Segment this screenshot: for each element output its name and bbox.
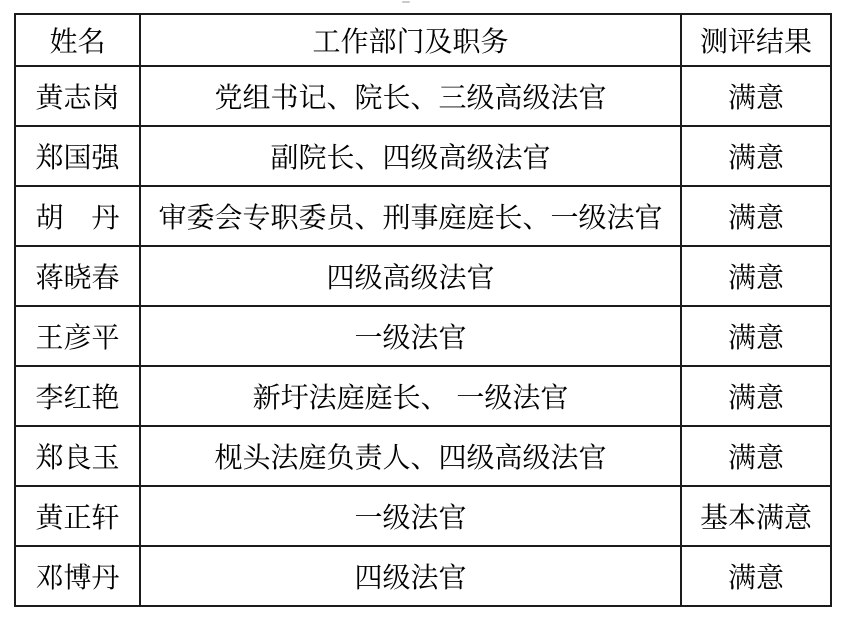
result-cell: 基本满意: [681, 486, 831, 546]
table-row: 李红艳 新圩法庭庭长、 一级法官 满意: [15, 366, 831, 426]
name-cell: 蒋晓春: [15, 246, 140, 306]
table-row: 郑国强 副院长、四级高级法官 满意: [15, 126, 831, 186]
header-name: 姓名: [15, 14, 140, 66]
position-cell: 一级法官: [140, 306, 681, 366]
table-body: 黄志岗 党组书记、院长、三级高级法官 满意 郑国强 副院长、四级高级法官 满意 …: [15, 66, 831, 606]
header-row: 姓名 工作部门及职务 测评结果: [15, 14, 831, 66]
position-cell: 一级法官: [140, 486, 681, 546]
evaluation-table: 姓名 工作部门及职务 测评结果 黄志岗 党组书记、院长、三级高级法官 满意 郑国…: [14, 13, 832, 607]
table-row: 邓博丹 四级法官 满意: [15, 546, 831, 606]
result-cell: 满意: [681, 126, 831, 186]
table-row: 胡 丹 审委会专职委员、刑事庭庭长、一级法官 满意: [15, 186, 831, 246]
name-cell: 胡 丹: [15, 186, 140, 246]
table-row: 黄志岗 党组书记、院长、三级高级法官 满意: [15, 66, 831, 126]
position-cell: 审委会专职委员、刑事庭庭长、一级法官: [140, 186, 681, 246]
name-cell: 王彦平: [15, 306, 140, 366]
page: 姓名 工作部门及职务 测评结果 黄志岗 党组书记、院长、三级高级法官 满意 郑国…: [0, 0, 843, 624]
table-row: 蒋晓春 四级高级法官 满意: [15, 246, 831, 306]
table-row: 王彦平 一级法官 满意: [15, 306, 831, 366]
name-cell: 黄正轩: [15, 486, 140, 546]
result-cell: 满意: [681, 366, 831, 426]
result-cell: 满意: [681, 306, 831, 366]
name-cell: 郑国强: [15, 126, 140, 186]
header-position: 工作部门及职务: [140, 14, 681, 66]
result-cell: 满意: [681, 246, 831, 306]
table-row: 黄正轩 一级法官 基本满意: [15, 486, 831, 546]
position-cell: 新圩法庭庭长、 一级法官: [140, 366, 681, 426]
position-cell: 枧头法庭负责人、四级高级法官: [140, 426, 681, 486]
name-cell: 李红艳: [15, 366, 140, 426]
position-cell: 副院长、四级高级法官: [140, 126, 681, 186]
name-cell: 邓博丹: [15, 546, 140, 606]
result-cell: 满意: [681, 186, 831, 246]
result-cell: 满意: [681, 546, 831, 606]
cropped-text-artifact: [402, 1, 410, 3]
name-cell: 郑良玉: [15, 426, 140, 486]
position-cell: 党组书记、院长、三级高级法官: [140, 66, 681, 126]
position-cell: 四级法官: [140, 546, 681, 606]
result-cell: 满意: [681, 426, 831, 486]
name-cell: 黄志岗: [15, 66, 140, 126]
result-cell: 满意: [681, 66, 831, 126]
position-cell: 四级高级法官: [140, 246, 681, 306]
header-result: 测评结果: [681, 14, 831, 66]
table-row: 郑良玉 枧头法庭负责人、四级高级法官 满意: [15, 426, 831, 486]
